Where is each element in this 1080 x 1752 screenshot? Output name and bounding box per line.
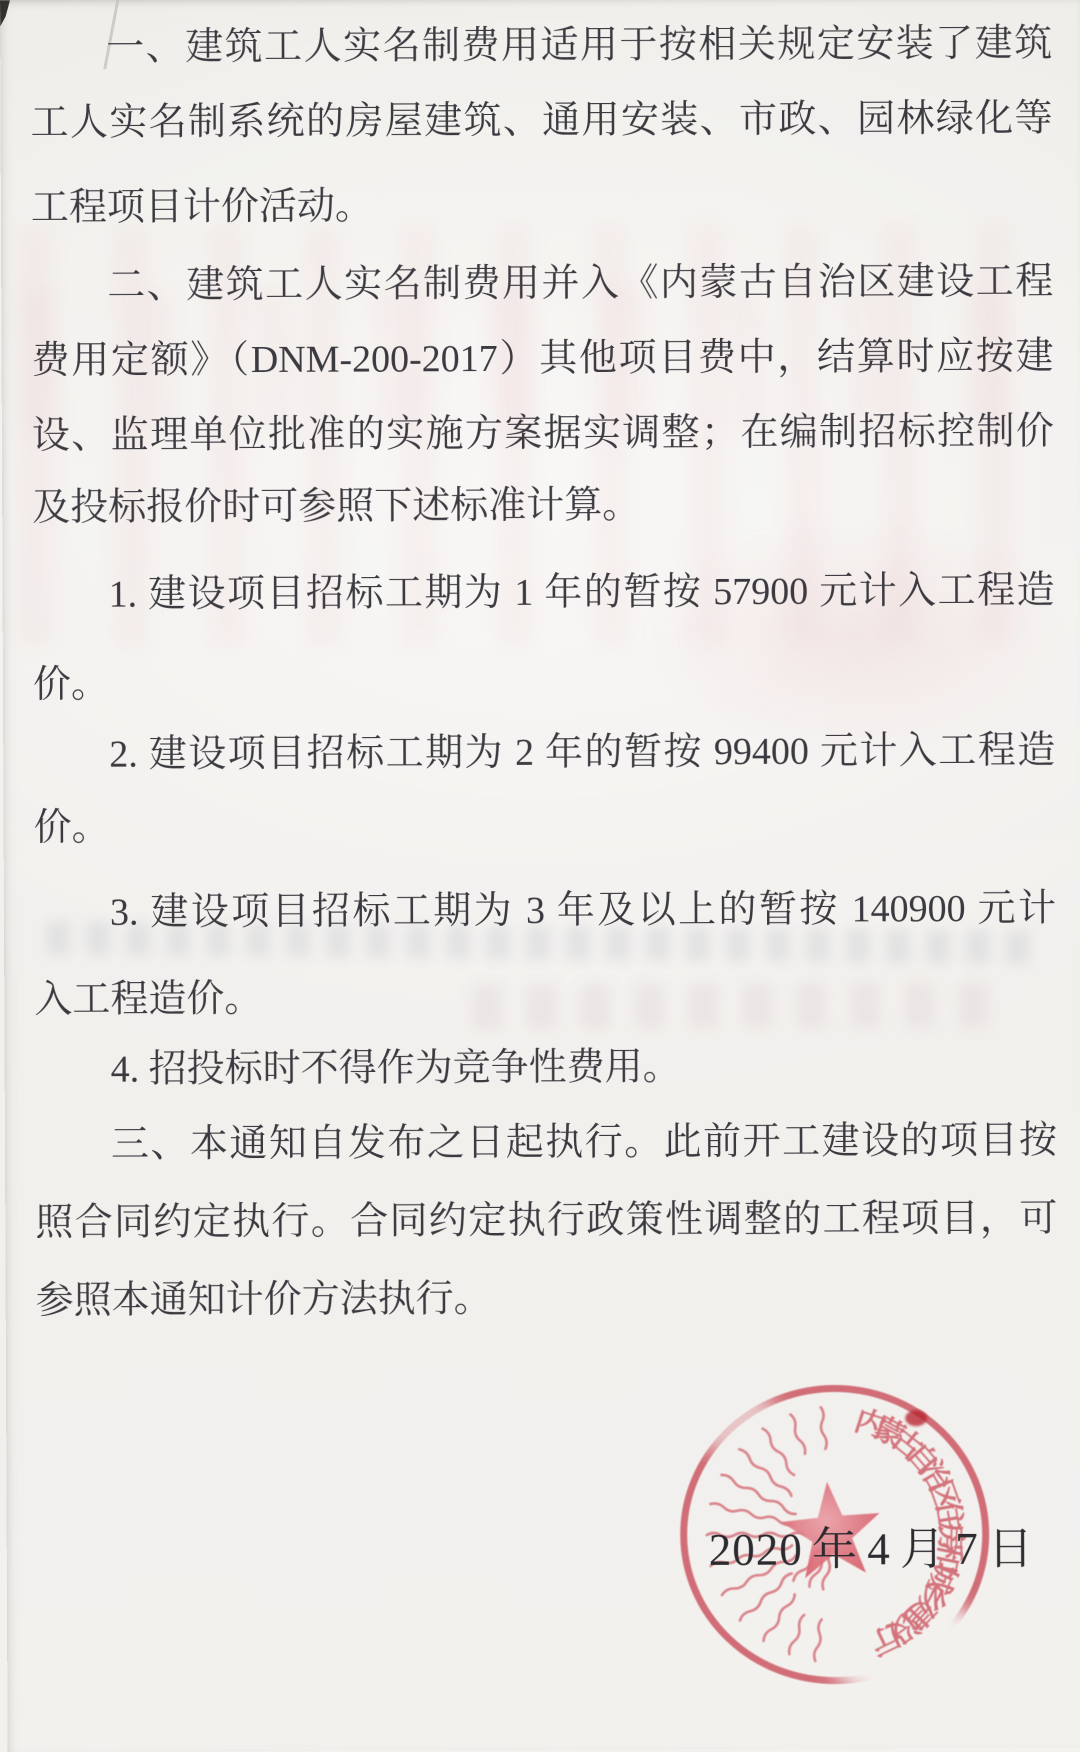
document-line: 3. 建设项目招标工期为 3 年及以上的暂按 140900 元计 <box>34 886 1056 938</box>
document-line: 价。 <box>34 801 1056 853</box>
document-line: 及投标报价时可参照下述标准计算。 <box>32 481 1054 533</box>
document-line: 一、建筑工人实名制费用适用于按相关规定安装了建筑 <box>30 21 1052 73</box>
scanned-page: 一、建筑工人实名制费用适用于按相关规定安装了建筑工人实名制系统的房屋建筑、通用安… <box>0 0 1080 1752</box>
document-line: 工人实名制系统的房屋建筑、通用安装、市政、园林绿化等 <box>30 96 1052 148</box>
document-line: 参照本通知计价方法执行。 <box>36 1274 1058 1326</box>
document-line: 费用定额》（DNM-200-2017）其他项目费中，结算时应按建 <box>31 334 1053 386</box>
document-line: 设、监理单位批准的实施方案据实调整；在编制招标控制价 <box>32 409 1054 461</box>
document-line: 入工程造价。 <box>34 973 1056 1025</box>
document-line: 4. 招投标时不得作为竞争性费用。 <box>35 1043 1057 1095</box>
document-line: 2. 建设项目招标工期为 2 年的暂按 99400 元计入工程造 <box>33 728 1055 780</box>
document-line: 价。 <box>33 658 1055 710</box>
document-line: 工程项目计价活动。 <box>31 181 1053 233</box>
document-line: 1. 建设项目招标工期为 1 年的暂按 57900 元计入工程造 <box>32 568 1054 620</box>
seal-ink-blob <box>905 1410 927 1426</box>
document-line: 三、本通知自发布之日起执行。此前开工建设的项目按 <box>35 1118 1057 1170</box>
document-line: 照合同约定执行。合同约定执行政策性调整的工程项目，可 <box>35 1196 1057 1248</box>
document-line: 二、建筑工人实名制费用并入《内蒙古自治区建设工程 <box>31 259 1053 311</box>
issue-date: 2020 年 4 月 7 日 <box>709 1512 1035 1578</box>
